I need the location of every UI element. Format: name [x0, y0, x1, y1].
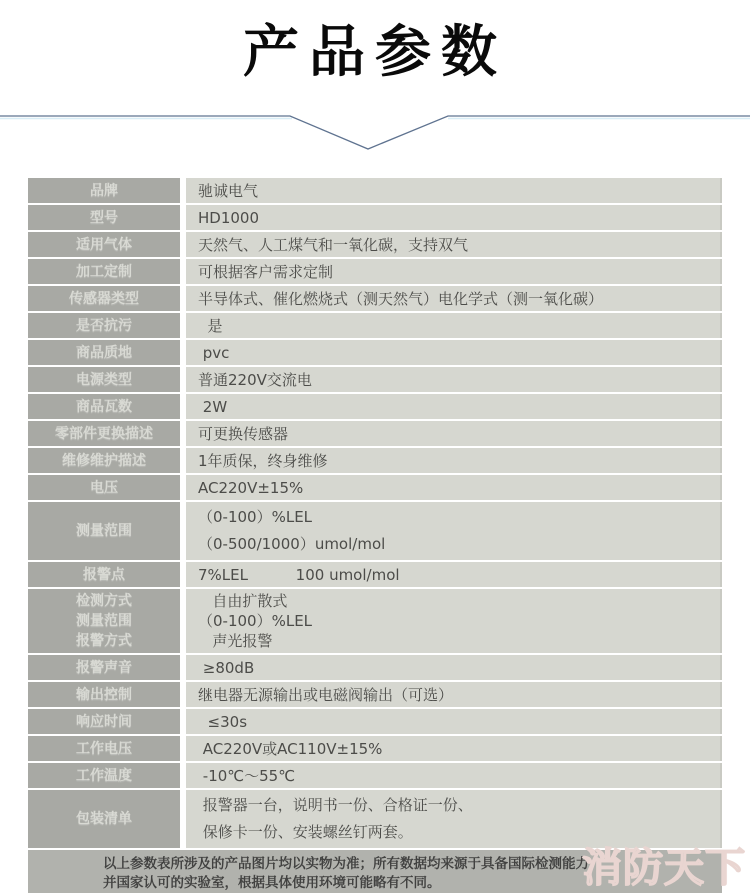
- table-row: 包装清单 报警器一台，说明书一份、合格证一份、 保修卡一份、安装螺丝钉两套。: [28, 790, 722, 848]
- spec-label: 商品瓦数: [28, 394, 180, 419]
- table-row: 维修维护描述1年质保，终身维修: [28, 448, 722, 473]
- spec-value: 普通220V交流电: [186, 367, 722, 392]
- spec-label: 是否抗污: [28, 313, 180, 338]
- spec-label: 输出控制: [28, 682, 180, 707]
- spec-table: 品牌驰诚电气型号HD1000适用气体天然气、人工煤气和一氧化碳，支持双气加工定制…: [28, 178, 722, 848]
- spec-label: 型号: [28, 205, 180, 230]
- table-row: 传感器类型半导体式、催化燃烧式（测天然气）电化学式（测一氧化碳）: [28, 286, 722, 311]
- chevron-down-icon: [0, 116, 750, 149]
- spec-label: 商品质地: [28, 340, 180, 365]
- table-row: 零部件更换描述可更换传感器: [28, 421, 722, 446]
- spec-label: 品牌: [28, 178, 180, 203]
- table-row: 电源类型普通220V交流电: [28, 367, 722, 392]
- spec-value: ≤30s: [186, 709, 722, 734]
- spec-value: -10℃～55℃: [186, 763, 722, 788]
- spec-value: 7%LEL 100 umol/mol: [186, 562, 722, 587]
- table-row: 型号HD1000: [28, 205, 722, 230]
- spec-value: ≥80dB: [186, 655, 722, 680]
- table-row: 商品瓦数 2W: [28, 394, 722, 419]
- spec-label: 响应时间: [28, 709, 180, 734]
- table-row: 工作温度 -10℃～55℃: [28, 763, 722, 788]
- spec-label: 工作电压: [28, 736, 180, 761]
- spec-value: 自由扩散式 （0-100）%LEL 声光报警: [186, 589, 722, 653]
- spec-value: 1年质保，终身维修: [186, 448, 722, 473]
- spec-value: 驰诚电气: [186, 178, 722, 203]
- spec-label: 电压: [28, 475, 180, 500]
- spec-label: 报警声音: [28, 655, 180, 680]
- table-row: 响应时间 ≤30s: [28, 709, 722, 734]
- spec-label: 维修维护描述: [28, 448, 180, 473]
- chevron-divider-line: [0, 102, 750, 156]
- spec-value: 可更换传感器: [186, 421, 722, 446]
- table-row: 加工定制可根据客户需求定制: [28, 259, 722, 284]
- table-row: 品牌驰诚电气: [28, 178, 722, 203]
- table-row: 适用气体天然气、人工煤气和一氧化碳，支持双气: [28, 232, 722, 257]
- spec-label: 零部件更换描述: [28, 421, 180, 446]
- spec-value: AC220V或AC110V±15%: [186, 736, 722, 761]
- table-row: 报警声音 ≥80dB: [28, 655, 722, 680]
- table-row: 电压AC220V±15%: [28, 475, 722, 500]
- table-row: 工作电压 AC220V或AC110V±15%: [28, 736, 722, 761]
- disclaimer-footer: 以上参数表所涉及的产品图片均以实物为准；所有数据均来源于具备国际检测能力 并国家…: [28, 850, 722, 893]
- table-row: 商品质地 pvc: [28, 340, 722, 365]
- product-parameters-page: 产品参数 品牌驰诚电气型号HD1000适用气体天然气、人工煤气和一氧化碳，支持双…: [0, 0, 750, 893]
- spec-value: AC220V±15%: [186, 475, 722, 500]
- spec-value: pvc: [186, 340, 722, 365]
- spec-value: HD1000: [186, 205, 722, 230]
- spec-label: 测量范围: [28, 502, 180, 560]
- table-row: 检测方式 测量范围 报警方式 自由扩散式 （0-100）%LEL 声光报警: [28, 589, 722, 653]
- table-row: 报警点7%LEL 100 umol/mol: [28, 562, 722, 587]
- spec-value: 是: [186, 313, 722, 338]
- table-row: 是否抗污 是: [28, 313, 722, 338]
- spec-label: 电源类型: [28, 367, 180, 392]
- spec-label: 适用气体: [28, 232, 180, 257]
- spec-value: 报警器一台，说明书一份、合格证一份、 保修卡一份、安装螺丝钉两套。: [186, 790, 722, 848]
- spec-label: 包装清单: [28, 790, 180, 848]
- spec-value: 可根据客户需求定制: [186, 259, 722, 284]
- spec-value: 2W: [186, 394, 722, 419]
- spec-value: 半导体式、催化燃烧式（测天然气）电化学式（测一氧化碳）: [186, 286, 722, 311]
- spec-label: 传感器类型: [28, 286, 180, 311]
- page-title: 产品参数: [0, 14, 750, 92]
- spec-value: 继电器无源输出或电磁阀输出（可选）: [186, 682, 722, 707]
- table-row: 输出控制继电器无源输出或电磁阀输出（可选）: [28, 682, 722, 707]
- spec-label: 加工定制: [28, 259, 180, 284]
- spec-value: （0-100）%LEL （0-500/1000）umol/mol: [186, 502, 722, 560]
- table-row: 测量范围（0-100）%LEL （0-500/1000）umol/mol: [28, 502, 722, 560]
- spec-label: 报警点: [28, 562, 180, 587]
- spec-value: 天然气、人工煤气和一氧化碳，支持双气: [186, 232, 722, 257]
- spec-label: 检测方式 测量范围 报警方式: [28, 589, 180, 653]
- spec-label: 工作温度: [28, 763, 180, 788]
